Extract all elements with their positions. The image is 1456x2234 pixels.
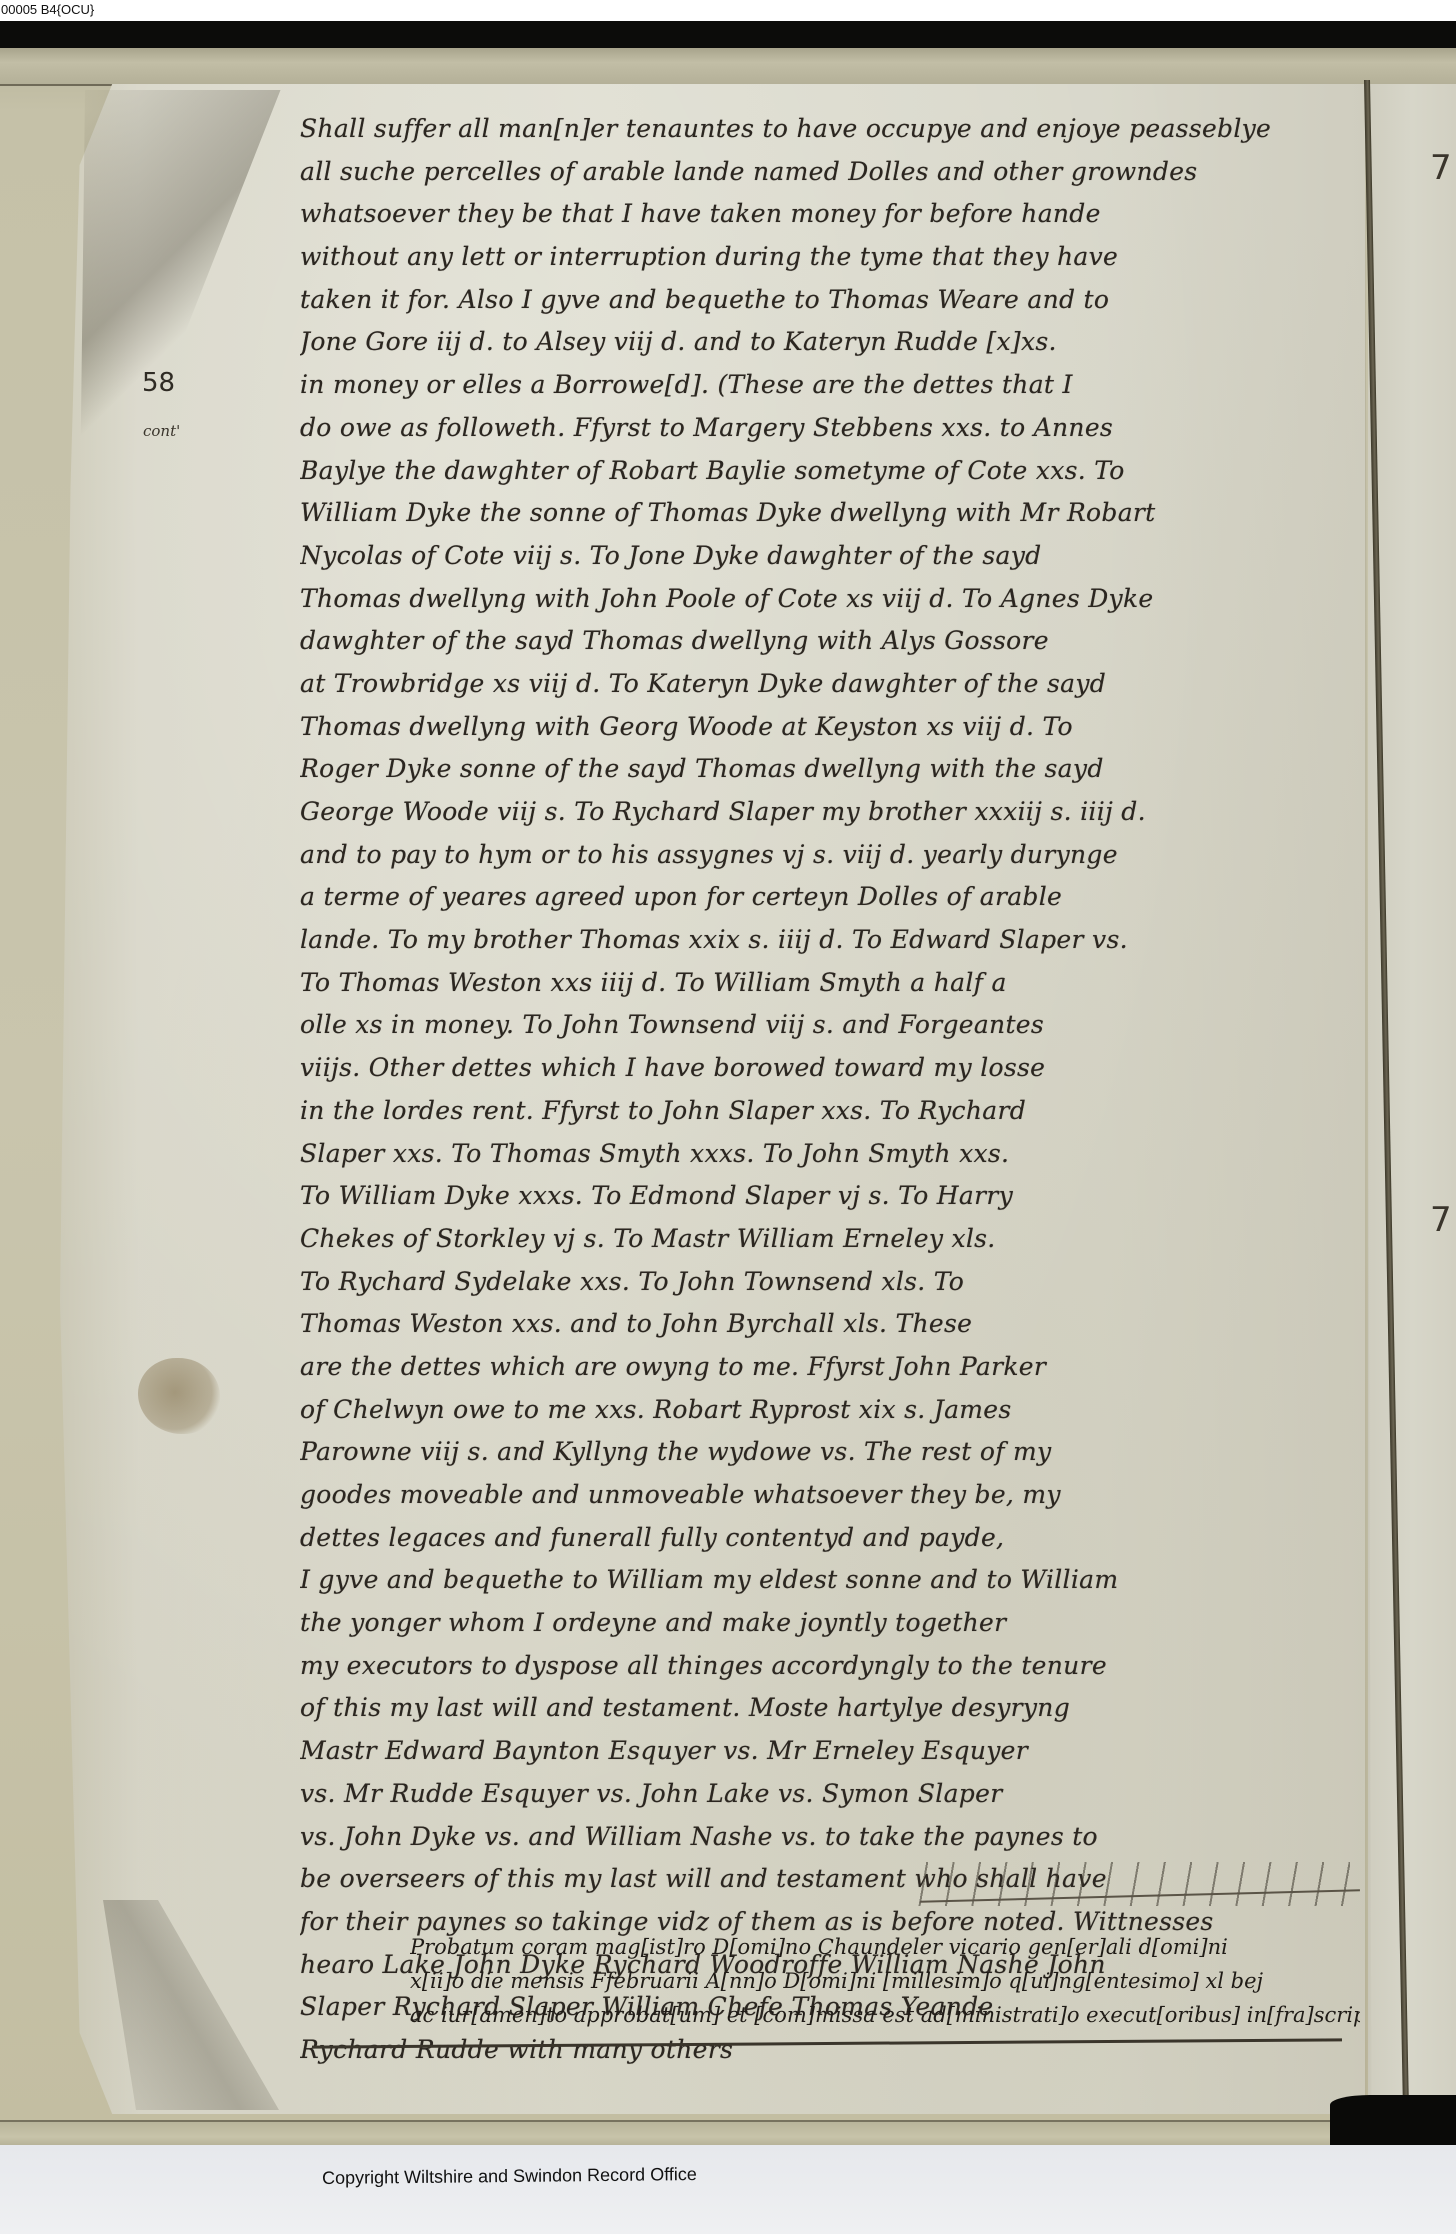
manuscript-line: olle xs in money. To John Townsend viij … xyxy=(300,1004,1360,1047)
manuscript-line: I gyve and bequethe to William my eldest… xyxy=(300,1559,1360,1602)
manuscript-text: Shall suffer all man[n]er tenauntes to h… xyxy=(300,108,1360,2072)
probate-line: Probatum coram mag[ist]ro D[omi]no Chaun… xyxy=(410,1930,1360,1964)
manuscript-line: lande. To my brother Thomas xxix s. iiij… xyxy=(300,919,1360,962)
manuscript-line: Chekes of Storkley vj s. To Mastr Willia… xyxy=(300,1218,1360,1261)
manuscript-line: To William Dyke xxxs. To Edmond Slaper v… xyxy=(300,1175,1360,1218)
manuscript-line: Jone Gore iij d. to Alsey viij d. and to… xyxy=(300,321,1360,364)
manuscript-line: vs. John Dyke vs. and William Nashe vs. … xyxy=(300,1816,1360,1859)
probate-clause: Probatum coram mag[ist]ro D[omi]no Chaun… xyxy=(410,1930,1360,2032)
manuscript-line: and to pay to hym or to his assygnes vj … xyxy=(300,834,1360,877)
manuscript-line: To Thomas Weston xxs iiij d. To William … xyxy=(300,962,1360,1005)
manuscript-line: a terme of yeares agreed upon for certey… xyxy=(300,876,1360,919)
manuscript-line: taken it for. Also I gyve and bequethe t… xyxy=(300,279,1360,322)
backing-sheet xyxy=(0,2145,1456,2234)
manuscript-line: Thomas Weston xxs. and to John Byrchall … xyxy=(300,1303,1360,1346)
manuscript-line: Nycolas of Cote viij s. To Jone Dyke daw… xyxy=(300,535,1360,578)
manuscript-line: all suche percelles of arable lande name… xyxy=(300,151,1360,194)
manuscript-line: in money or elles a Borrowe[d]. (These a… xyxy=(300,364,1360,407)
adjacent-leaf xyxy=(1368,84,1456,2120)
manuscript-line: in the lordes rent. Ffyrst to John Slape… xyxy=(300,1090,1360,1133)
probate-line: ac iur[amen]to approbat[um] et [com]miss… xyxy=(410,1998,1360,2032)
caption-bar: 00005 B4{OCU} xyxy=(0,0,1456,21)
manuscript-line: Rychard Rudde with many others xyxy=(300,2029,1360,2072)
manuscript-line: of this my last will and testament. Most… xyxy=(300,1687,1360,1730)
margin-reference-number: 58 xyxy=(142,368,175,398)
manuscript-line: Roger Dyke sonne of the sayd Thomas dwel… xyxy=(300,748,1360,791)
manuscript-line: Baylye the dawghter of Robart Baylie som… xyxy=(300,450,1360,493)
manuscript-line: Thomas dwellyng with Georg Woode at Keys… xyxy=(300,706,1360,749)
manuscript-line: Thomas dwellyng with John Poole of Cote … xyxy=(300,578,1360,621)
manuscript-line: without any lett or interruption during … xyxy=(300,236,1360,279)
manuscript-line: Shall suffer all man[n]er tenauntes to h… xyxy=(300,108,1360,151)
folder-top-edge xyxy=(0,48,1456,86)
manuscript-line: do owe as followeth. Ffyrst to Margery S… xyxy=(300,407,1360,450)
manuscript-line: To Rychard Sydelake xxs. To John Townsen… xyxy=(300,1261,1360,1304)
manuscript-line: the yonger whom I ordeyne and make joynt… xyxy=(300,1602,1360,1645)
manuscript-line: Slaper xxs. To Thomas Smyth xxxs. To Joh… xyxy=(300,1133,1360,1176)
manuscript-line: Mastr Edward Baynton Esquyer vs. Mr Erne… xyxy=(300,1730,1360,1773)
manuscript-line: Parowne viij s. and Kyllyng the wydowe v… xyxy=(300,1431,1360,1474)
manuscript-line: William Dyke the sonne of Thomas Dyke dw… xyxy=(300,492,1360,535)
manuscript-line: George Woode viij s. To Rychard Slaper m… xyxy=(300,791,1360,834)
manuscript-line: whatsoever they be that I have taken mon… xyxy=(300,193,1360,236)
manuscript-line: viijs. Other dettes which I have borowed… xyxy=(300,1047,1360,1090)
manuscript-line: vs. Mr Rudde Esquyer vs. John Lake vs. S… xyxy=(300,1773,1360,1816)
manuscript-line: dawghter of the sayd Thomas dwellyng wit… xyxy=(300,620,1360,663)
manuscript-line: of Chelwyn owe to me xxs. Robart Ryprost… xyxy=(300,1389,1360,1432)
probate-line: x[ii]o die mensis Ffebruarii A[nn]o D[om… xyxy=(410,1964,1360,1998)
manuscript-line: my executors to dyspose all thinges acco… xyxy=(300,1645,1360,1688)
manuscript-line: goodes moveable and unmoveable whatsoeve… xyxy=(300,1474,1360,1517)
image-caption: 00005 B4{OCU} xyxy=(1,2,94,17)
copyright-notice: Copyright Wiltshire and Swindon Record O… xyxy=(322,2164,697,2189)
margin-reference-continued: cont' xyxy=(143,422,180,440)
folio-mark-middle: 7 xyxy=(1430,1200,1452,1240)
manuscript-line: dettes legaces and funerall fully conten… xyxy=(300,1517,1360,1560)
manuscript-line: at Trowbridge xs viij d. To Kateryn Dyke… xyxy=(300,663,1360,706)
manuscript-line: are the dettes which are owyng to me. Ff… xyxy=(300,1346,1360,1389)
folio-mark-top: 7 xyxy=(1430,148,1452,188)
